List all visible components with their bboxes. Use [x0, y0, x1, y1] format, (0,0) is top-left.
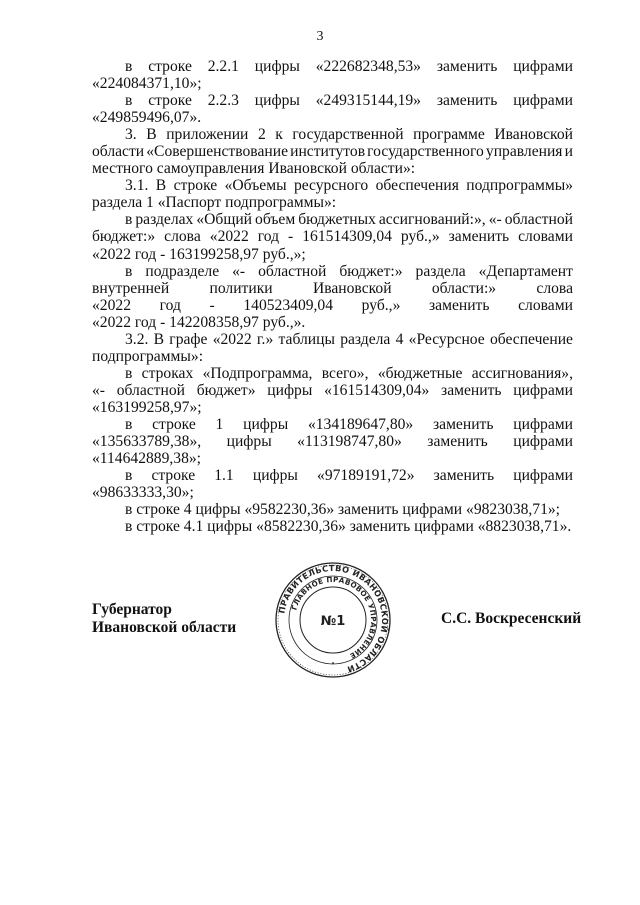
word: цифры: [253, 467, 298, 484]
word: «Объемы: [225, 177, 287, 194]
word: «249315144,19»: [316, 92, 421, 109]
word: В: [154, 331, 164, 348]
word: 2.2.1: [208, 58, 239, 75]
word: цифрами: [513, 433, 573, 450]
word: графе: [169, 331, 207, 348]
text-line: «2022год-140523409,04руб.,»заменитьслова…: [92, 297, 573, 314]
word: бюджетных: [298, 211, 376, 228]
text-line: раздела 1 «Паспорт подпрограммы»:: [92, 194, 573, 211]
word: в: [125, 263, 132, 280]
word: руб.,»: [362, 297, 401, 314]
word: «-: [489, 211, 502, 228]
word: заменить: [433, 416, 494, 433]
word: В: [156, 177, 166, 194]
word: цифрами: [513, 92, 573, 109]
text-line: местного самоуправления Ивановской облас…: [92, 160, 573, 177]
text-line: встроке1цифры«134189647,80»заменитьцифра…: [92, 416, 573, 433]
word: 161514309,04: [302, 228, 392, 245]
word: заменить: [427, 433, 488, 450]
word: заменить: [441, 382, 502, 399]
text-line: встроках«Подпрограмма,всего»,«бюджетныеа…: [92, 365, 573, 382]
word: цифры: [255, 92, 300, 109]
word: «-: [232, 263, 245, 280]
word: «161514309,04»: [324, 382, 429, 399]
text-line: «-областнойбюджет»цифры«161514309,04»зам…: [92, 382, 573, 399]
word: институтов: [290, 143, 365, 160]
word: в: [125, 58, 132, 75]
word: «2022: [92, 297, 131, 314]
word: заменить: [449, 228, 510, 245]
text-line: 3.Вприложении2кгосударственнойпрограммеИ…: [92, 126, 573, 143]
word: строках: [142, 365, 194, 382]
word: обеспечение: [490, 331, 573, 348]
word: объем: [255, 211, 295, 228]
page-number: 3: [0, 29, 640, 45]
text-line: «249859496,07».: [92, 109, 573, 126]
word: внутренней: [92, 280, 169, 297]
word: словами: [518, 228, 573, 245]
word: цифрами: [513, 416, 573, 433]
word: бюджет»: [197, 382, 256, 399]
word: 2.2.3: [208, 92, 239, 109]
word: программе: [413, 126, 485, 143]
word: цифры: [243, 416, 288, 433]
word: обеспечения: [376, 177, 459, 194]
word: «Подпрограмма,: [203, 365, 313, 382]
text-line: «163199258,97»;: [92, 399, 573, 416]
word: цифрами: [513, 467, 573, 484]
word: -: [288, 228, 293, 245]
word: «Ресурсное: [409, 331, 485, 348]
word: раздела: [340, 331, 390, 348]
word: подпрограммы»: [466, 177, 573, 194]
word: 1.1: [214, 467, 234, 484]
word: 140523409,04: [243, 297, 333, 314]
text-line: встроке2.2.1цифры«222682348,53»заменитьц…: [92, 58, 573, 75]
word: Ивановской: [494, 126, 573, 143]
word: политики: [209, 280, 272, 297]
word: строке: [174, 177, 218, 194]
word: заменить: [437, 92, 498, 109]
text-line: «2022 год - 163199258,97 руб.,»;: [92, 246, 573, 263]
word: 1: [216, 416, 224, 433]
word: цифры: [255, 58, 300, 75]
text-line: «114642889,38»;: [92, 450, 573, 467]
word: цифры: [227, 433, 272, 450]
word: государственной: [292, 126, 403, 143]
word: цифрами: [513, 382, 573, 399]
text-line: встроке2.2.3цифры«249315144,19»заменитьц…: [92, 92, 573, 109]
text-line: 3.1.Встроке«Объемыресурсногообеспеченияп…: [92, 177, 573, 194]
text-line: «224084371,10»;: [92, 75, 573, 92]
text-line: в строке 4.1 цифры «8582230,36» заменить…: [92, 518, 573, 535]
text-line: в строке 4 цифры «9582230,36» заменить ц…: [92, 501, 573, 518]
word: областной: [505, 211, 573, 228]
word: -: [210, 297, 215, 314]
word: «Совершенствование: [146, 143, 288, 160]
word: «бюджетные: [378, 365, 463, 382]
text-line: области«Совершенствованиеинститутовгосуд…: [92, 143, 573, 160]
word: государственного: [367, 143, 484, 160]
word: г.»: [257, 331, 273, 348]
word: заменить: [429, 297, 490, 314]
word: 2: [258, 126, 266, 143]
text-line: бюджет:»слова«2022год-161514309,04руб.,»…: [92, 228, 573, 245]
signatory-title: Губернатор: [92, 601, 236, 619]
word: в: [125, 211, 132, 228]
word: «2022: [210, 228, 249, 245]
word: в: [125, 365, 132, 382]
word: «222682348,53»: [316, 58, 421, 75]
word: «-: [92, 382, 105, 399]
word: в: [125, 92, 132, 109]
text-line: «135633789,38»,цифры«113198747,80»замени…: [92, 433, 573, 450]
word: управления: [486, 143, 563, 160]
word: год: [258, 228, 279, 245]
word: 3.1.: [125, 177, 148, 194]
word: строке: [152, 416, 196, 433]
word: бюджет:»: [339, 263, 402, 280]
word: раздела: [416, 263, 466, 280]
word: разделах: [135, 211, 193, 228]
word: строке: [151, 467, 195, 484]
document-body: встроке2.2.1цифры«222682348,53»заменитьц…: [92, 58, 573, 535]
word: к: [275, 126, 283, 143]
word: и: [565, 143, 573, 160]
word: год: [160, 297, 181, 314]
word: руб.,»: [401, 228, 440, 245]
text-line: «2022 год - 142208358,97 руб.,».: [92, 314, 573, 331]
word: 4: [396, 331, 404, 348]
word: «134189647,80»: [308, 416, 413, 433]
word: «135633789,38»,: [92, 433, 201, 450]
text-line: встроке1.1цифры«97189191,72»заменитьцифр…: [92, 467, 573, 484]
word: области: [92, 143, 144, 160]
word: таблицы: [279, 331, 335, 348]
word: строке: [148, 58, 192, 75]
signatory-region: Ивановской области: [92, 619, 236, 637]
word: слова: [536, 280, 573, 297]
word: словами: [518, 297, 573, 314]
word: слова: [164, 228, 201, 245]
word: заменить: [437, 58, 498, 75]
signatory-position: Губернатор Ивановской области: [92, 601, 236, 637]
word: в: [125, 416, 132, 433]
text-line: подпрограммы»:: [92, 348, 573, 365]
word: областной: [258, 263, 326, 280]
word: 3.: [125, 126, 137, 143]
word: ассигнований:»,: [379, 211, 486, 228]
word: в: [125, 467, 132, 484]
word: «2022: [213, 331, 252, 348]
word: «97189191,72»: [317, 467, 414, 484]
word: 3.2.: [125, 331, 148, 348]
text-line: внутреннейполитикиИвановскойобласти:»сло…: [92, 280, 573, 297]
word: «Общий: [196, 211, 252, 228]
word: ресурсного: [294, 177, 368, 194]
word: бюджет:»: [92, 228, 155, 245]
word: области:»: [432, 280, 496, 297]
word: цифрами: [513, 58, 573, 75]
text-line: вподразделе«-областнойбюджет:»раздела«Де…: [92, 263, 573, 280]
official-stamp: ПРАВИТЕЛЬСТВО ИВАНОВСКОЙ ОБЛАСТИ ГЛАВНОЕ…: [273, 560, 393, 680]
word: всего»,: [322, 365, 369, 382]
word: Ивановской: [313, 280, 392, 297]
word: заменить: [434, 467, 495, 484]
word: областной: [117, 382, 185, 399]
word: В: [146, 126, 156, 143]
word: «113198747,80»: [297, 433, 402, 450]
word: строке: [148, 92, 192, 109]
word: цифры: [267, 382, 312, 399]
word: подразделе: [145, 263, 219, 280]
text-line: 3.2.Вграфе«2022г.»таблицыраздела4«Ресурс…: [92, 331, 573, 348]
word: «Департамент: [479, 263, 573, 280]
word: ассигнования»,: [472, 365, 573, 382]
stamp-center-text: №1: [321, 614, 346, 629]
signatory-name: С.С. Воскресенский: [441, 610, 581, 628]
text-line: «98633333,30»;: [92, 484, 573, 501]
word: приложении: [166, 126, 248, 143]
text-line: вразделах«Общийобъембюджетныхассигновани…: [92, 211, 573, 228]
